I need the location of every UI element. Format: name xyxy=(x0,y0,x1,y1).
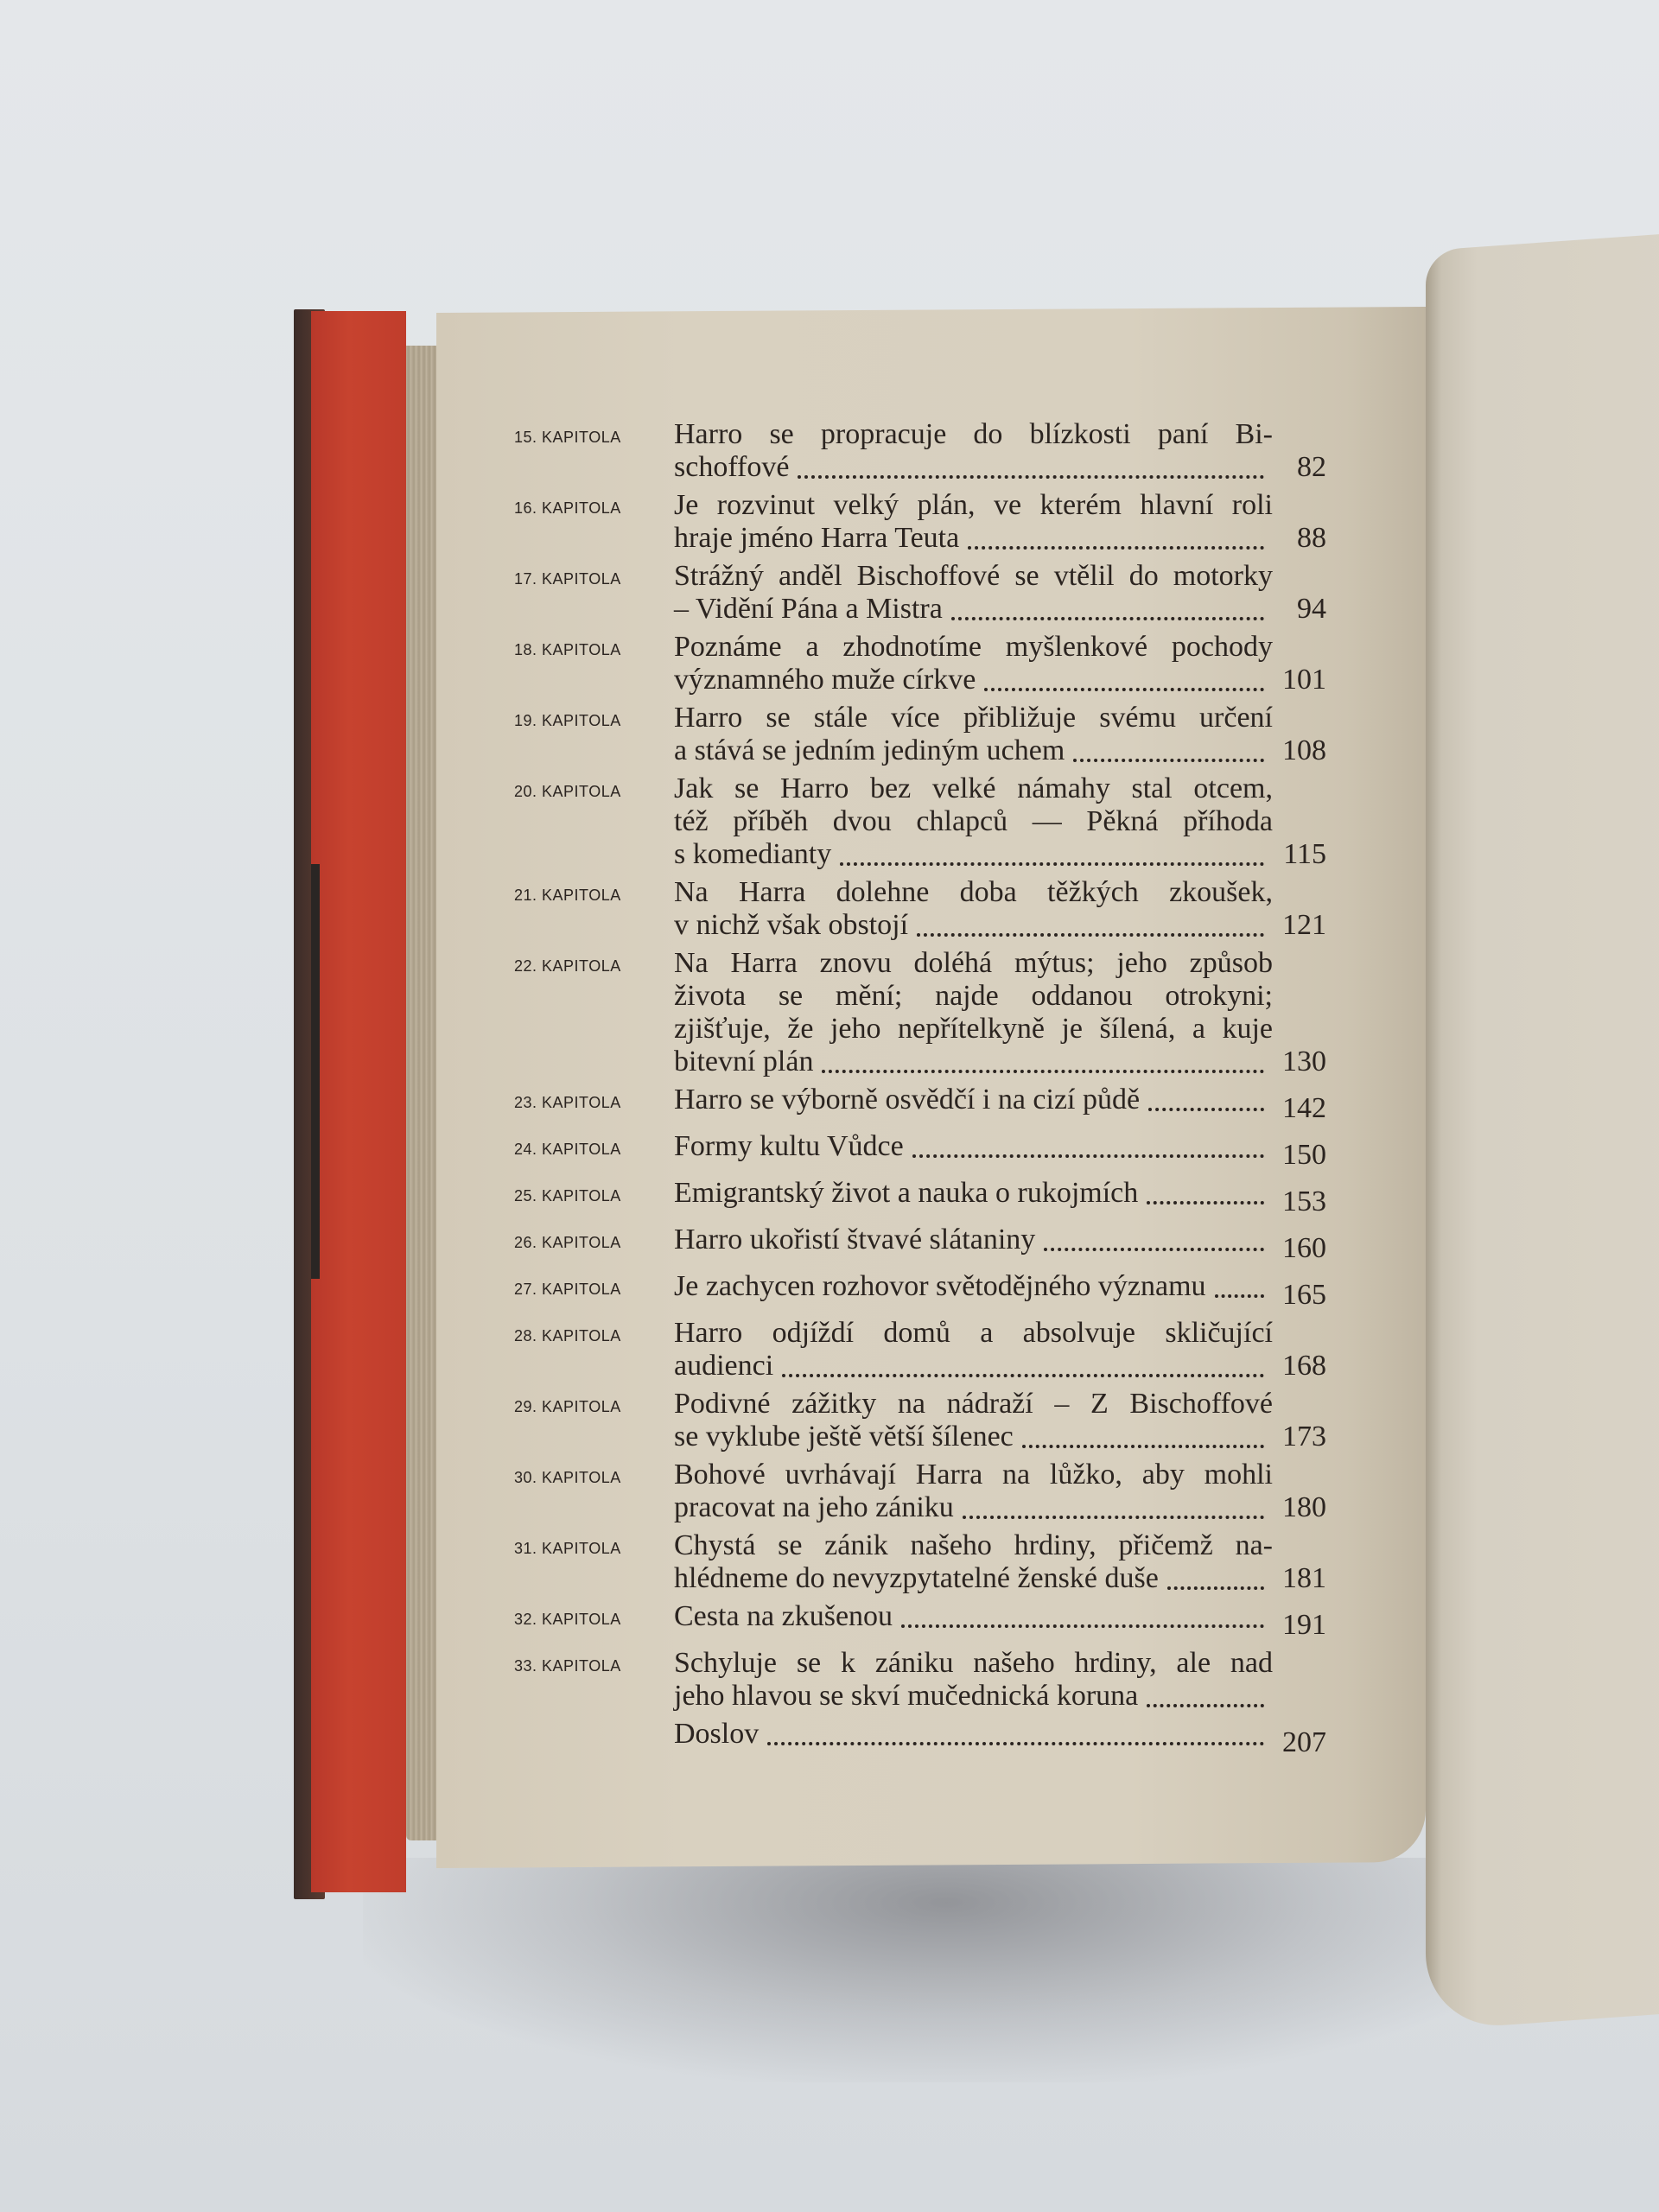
title-last-line: a stává se jedním jediným uchem xyxy=(674,734,1273,767)
toc-entry: 17. KAPITOLAStrážný anděl Bischoffové se… xyxy=(514,560,1326,626)
toc-entry: 30. KAPITOLABohové uvrhávají Harra na lů… xyxy=(514,1459,1326,1524)
dot-leader xyxy=(782,1373,1264,1377)
chapter-label: 20. KAPITOLA xyxy=(514,772,674,801)
dot-leader xyxy=(1022,1444,1264,1448)
title-text: audienci xyxy=(674,1350,773,1382)
title-text: s komedianty xyxy=(674,838,831,871)
title-last-line: bitevní plán xyxy=(674,1046,1273,1078)
dot-leader xyxy=(951,616,1264,620)
page-number: 130 xyxy=(1273,1037,1326,1078)
title-last-line: hlédneme do nevyzpytatelné ženské duše xyxy=(674,1562,1273,1595)
page-number: 108 xyxy=(1273,726,1326,767)
title-last-line: Cesta na zkušenou xyxy=(674,1600,1273,1633)
toc-entry: Doslov207 xyxy=(514,1718,1326,1759)
title-line: Podivné zážitky na nádraží – Z Bischoffo… xyxy=(674,1388,1273,1421)
page-number: 82 xyxy=(1273,442,1326,484)
title-text: – Vidění Pána a Mistra xyxy=(674,593,943,626)
title-last-line: Emigrantský život a nauka o rukojmích xyxy=(674,1177,1273,1210)
chapter-title: Je rozvinut velký plán, ve kterém hlavní… xyxy=(674,489,1273,555)
title-line: Na Harra dolehne doba těžkých zkoušek, xyxy=(674,876,1273,909)
chapter-title: Poznáme a zhodnotíme myšlenkové pochodyv… xyxy=(674,631,1273,696)
title-text: jeho hlavou se skví mučednická koruna xyxy=(674,1680,1138,1713)
title-text: schoffové xyxy=(674,451,789,484)
chapter-label: 25. KAPITOLA xyxy=(514,1177,674,1205)
title-last-line: s komedianty xyxy=(674,838,1273,871)
dot-leader xyxy=(1148,1107,1264,1111)
chapter-title: Harro se výborně osvědčí i na cizí půdě xyxy=(674,1084,1273,1116)
chapter-label: 31. KAPITOLA xyxy=(514,1529,674,1558)
title-line: Chystá se zánik našeho hrdiny, přičemž n… xyxy=(674,1529,1273,1562)
toc-entry: 26. KAPITOLAHarro ukořistí štvavé slátan… xyxy=(514,1224,1326,1265)
dot-leader xyxy=(840,861,1264,866)
title-last-line: pracovat na jeho zániku xyxy=(674,1491,1273,1524)
book-cover-red xyxy=(311,311,406,1892)
title-last-line: jeho hlavou se skví mučednická koruna xyxy=(674,1680,1273,1713)
title-line: zjišťuje, že jeho nepřítelkyně je šílená… xyxy=(674,1013,1273,1046)
toc-entry: 23. KAPITOLAHarro se výborně osvědčí i n… xyxy=(514,1084,1326,1125)
title-text: hraje jméno Harra Teuta xyxy=(674,522,959,555)
title-text: Harro se výborně osvědčí i na cizí půdě xyxy=(674,1084,1140,1116)
chapter-label: 15. KAPITOLA xyxy=(514,418,674,447)
dot-leader xyxy=(963,1515,1264,1519)
title-last-line: Je zachycen rozhovor světodějného význam… xyxy=(674,1270,1273,1303)
chapter-label: 19. KAPITOLA xyxy=(514,702,674,730)
title-line: Poznáme a zhodnotíme myšlenkové pochody xyxy=(674,631,1273,664)
page-number: 115 xyxy=(1273,829,1326,871)
dot-leader xyxy=(917,932,1264,937)
title-line: Harro odjíždí domů a absolvuje skličujíc… xyxy=(674,1317,1273,1350)
title-text: bitevní plán xyxy=(674,1046,813,1078)
title-last-line: hraje jméno Harra Teuta xyxy=(674,522,1273,555)
title-text: v nichž však obstojí xyxy=(674,909,908,942)
toc-entry: 25. KAPITOLAEmigrantský život a nauka o … xyxy=(514,1177,1326,1218)
page-number: 180 xyxy=(1273,1483,1326,1524)
toc-entry: 32. KAPITOLACesta na zkušenou191 xyxy=(514,1600,1326,1642)
toc-entry: 20. KAPITOLAJak se Harro bez velké námah… xyxy=(514,772,1326,871)
dot-leader xyxy=(1073,758,1264,762)
chapter-label: 33. KAPITOLA xyxy=(514,1647,674,1675)
chapter-label: 23. KAPITOLA xyxy=(514,1084,674,1112)
page-number: 150 xyxy=(1273,1130,1326,1172)
page-number: 181 xyxy=(1273,1554,1326,1595)
chapter-label: 32. KAPITOLA xyxy=(514,1600,674,1629)
title-last-line: schoffové xyxy=(674,451,1273,484)
toc-entry: 16. KAPITOLAJe rozvinut velký plán, ve k… xyxy=(514,489,1326,555)
dot-leader xyxy=(1215,1294,1264,1298)
dot-leader xyxy=(901,1624,1264,1628)
toc-entry: 27. KAPITOLAJe zachycen rozhovor světodě… xyxy=(514,1270,1326,1312)
toc-entry: 18. KAPITOLAPoznáme a zhodnotíme myšlenk… xyxy=(514,631,1326,696)
chapter-title: Na Harra znovu doléhá mýtus; jeho způsob… xyxy=(674,947,1273,1078)
toc-entry: 15. KAPITOLAHarro se propracuje do blízk… xyxy=(514,418,1326,484)
chapter-title: Cesta na zkušenou xyxy=(674,1600,1273,1633)
chapter-title: Harro se stále více přibližuje svému urč… xyxy=(674,702,1273,767)
chapter-title: Chystá se zánik našeho hrdiny, přičemž n… xyxy=(674,1529,1273,1595)
title-last-line: významného muže církve xyxy=(674,664,1273,696)
chapter-title: Harro ukořistí štvavé slátaniny xyxy=(674,1224,1273,1256)
title-line: Bohové uvrhávají Harra na lůžko, aby moh… xyxy=(674,1459,1273,1491)
chapter-label: 26. KAPITOLA xyxy=(514,1224,674,1252)
chapter-label: 22. KAPITOLA xyxy=(514,947,674,976)
chapter-title: Na Harra dolehne doba těžkých zkoušek,v … xyxy=(674,876,1273,942)
toc-entry: 24. KAPITOLAFormy kultu Vůdce150 xyxy=(514,1130,1326,1172)
page-number: 88 xyxy=(1273,513,1326,555)
toc-entry: 33. KAPITOLASchyluje se k zániku našeho … xyxy=(514,1647,1326,1713)
chapter-label: 17. KAPITOLA xyxy=(514,560,674,588)
chapter-label: 28. KAPITOLA xyxy=(514,1317,674,1345)
dot-leader xyxy=(1044,1247,1264,1251)
title-line: Harro se propracuje do blízkosti paní Bi… xyxy=(674,418,1273,451)
chapter-title: Harro se propracuje do blízkosti paní Bi… xyxy=(674,418,1273,484)
title-text: se vyklube ještě větší šílenec xyxy=(674,1421,1014,1453)
title-last-line: v nichž však obstojí xyxy=(674,909,1273,942)
chapter-title: Formy kultu Vůdce xyxy=(674,1130,1273,1163)
chapter-label: 18. KAPITOLA xyxy=(514,631,674,659)
chapter-title: Strážný anděl Bischoffové se vtělil do m… xyxy=(674,560,1273,626)
toc-entry: 19. KAPITOLAHarro se stále více přibližu… xyxy=(514,702,1326,767)
page-number: 121 xyxy=(1273,900,1326,942)
page-number: 173 xyxy=(1273,1412,1326,1453)
chapter-label: 24. KAPITOLA xyxy=(514,1130,674,1159)
dot-leader xyxy=(968,545,1264,550)
title-line: Je rozvinut velký plán, ve kterém hlavní… xyxy=(674,489,1273,522)
title-line: Schyluje se k zániku našeho hrdiny, ale … xyxy=(674,1647,1273,1680)
dot-leader xyxy=(798,474,1264,479)
chapter-title: Doslov xyxy=(674,1718,1273,1751)
chapter-label: 21. KAPITOLA xyxy=(514,876,674,905)
dot-leader xyxy=(822,1069,1264,1073)
title-text: Emigrantský život a nauka o rukojmích xyxy=(674,1177,1138,1210)
dot-leader xyxy=(1147,1200,1264,1205)
title-text: hlédneme do nevyzpytatelné ženské duše xyxy=(674,1562,1159,1595)
chapter-label: 30. KAPITOLA xyxy=(514,1459,674,1487)
page-number: 168 xyxy=(1273,1341,1326,1382)
title-text: Harro ukořistí štvavé slátaniny xyxy=(674,1224,1035,1256)
title-line: též příběh dvou chlapců — Pěkná příhoda xyxy=(674,805,1273,838)
title-line: Strážný anděl Bischoffové se vtělil do m… xyxy=(674,560,1273,593)
title-last-line: Harro ukořistí štvavé slátaniny xyxy=(674,1224,1273,1256)
toc-entry: 31. KAPITOLAChystá se zánik našeho hrdin… xyxy=(514,1529,1326,1595)
title-last-line: Harro se výborně osvědčí i na cizí půdě xyxy=(674,1084,1273,1116)
toc-entry: 21. KAPITOLANa Harra dolehne doba těžkýc… xyxy=(514,876,1326,942)
dot-leader xyxy=(984,687,1264,691)
title-text: pracovat na jeho zániku xyxy=(674,1491,954,1524)
dot-leader xyxy=(912,1154,1264,1158)
dot-leader xyxy=(767,1741,1264,1745)
chapter-label: 27. KAPITOLA xyxy=(514,1270,674,1299)
book-shadow xyxy=(363,1858,1529,2082)
title-text: Formy kultu Vůdce xyxy=(674,1130,904,1163)
toc-entry: 29. KAPITOLAPodivné zážitky na nádraží –… xyxy=(514,1388,1326,1453)
right-page xyxy=(1426,232,1659,2031)
title-text: Doslov xyxy=(674,1718,759,1751)
title-last-line: Doslov xyxy=(674,1718,1273,1751)
title-text: Cesta na zkušenou xyxy=(674,1600,893,1633)
page-edges xyxy=(406,346,441,1840)
chapter-title: Jak se Harro bez velké námahy stal otcem… xyxy=(674,772,1273,871)
page-number: 160 xyxy=(1273,1224,1326,1265)
title-last-line: audienci xyxy=(674,1350,1273,1382)
page-number: 191 xyxy=(1273,1600,1326,1642)
chapter-label: 16. KAPITOLA xyxy=(514,489,674,518)
chapter-title: Bohové uvrhávají Harra na lůžko, aby moh… xyxy=(674,1459,1273,1524)
title-text: Je zachycen rozhovor světodějného význam… xyxy=(674,1270,1206,1303)
page-number: 153 xyxy=(1273,1177,1326,1218)
cover-dark-band xyxy=(311,864,320,1279)
page-number: 207 xyxy=(1273,1718,1326,1759)
page-number: 101 xyxy=(1273,655,1326,696)
title-line: Na Harra znovu doléhá mýtus; jeho způsob xyxy=(674,947,1273,980)
title-text: významného muže církve xyxy=(674,664,976,696)
chapter-label: 29. KAPITOLA xyxy=(514,1388,674,1416)
title-line: Jak se Harro bez velké námahy stal otcem… xyxy=(674,772,1273,805)
chapter-title: Emigrantský život a nauka o rukojmích xyxy=(674,1177,1273,1210)
title-line: života se mění; najde oddanou otrokyni; xyxy=(674,980,1273,1013)
title-line: Harro se stále více přibližuje svému urč… xyxy=(674,702,1273,734)
title-last-line: Formy kultu Vůdce xyxy=(674,1130,1273,1163)
page-number xyxy=(1273,1704,1326,1713)
chapter-title: Podivné zážitky na nádraží – Z Bischoffo… xyxy=(674,1388,1273,1453)
dot-leader xyxy=(1167,1586,1264,1590)
title-last-line: – Vidění Pána a Mistra xyxy=(674,593,1273,626)
chapter-title: Harro odjíždí domů a absolvuje skličujíc… xyxy=(674,1317,1273,1382)
title-text: a stává se jedním jediným uchem xyxy=(674,734,1065,767)
toc-entry: 28. KAPITOLAHarro odjíždí domů a absolvu… xyxy=(514,1317,1326,1382)
page-number: 94 xyxy=(1273,584,1326,626)
toc-entry: 22. KAPITOLANa Harra znovu doléhá mýtus;… xyxy=(514,947,1326,1078)
page-number: 142 xyxy=(1273,1084,1326,1125)
title-last-line: se vyklube ještě větší šílenec xyxy=(674,1421,1273,1453)
chapter-title: Je zachycen rozhovor světodějného význam… xyxy=(674,1270,1273,1303)
page-number: 165 xyxy=(1273,1270,1326,1312)
chapter-title: Schyluje se k zániku našeho hrdiny, ale … xyxy=(674,1647,1273,1713)
table-of-contents: 15. KAPITOLAHarro se propracuje do blízk… xyxy=(514,418,1326,1764)
dot-leader xyxy=(1147,1703,1264,1707)
